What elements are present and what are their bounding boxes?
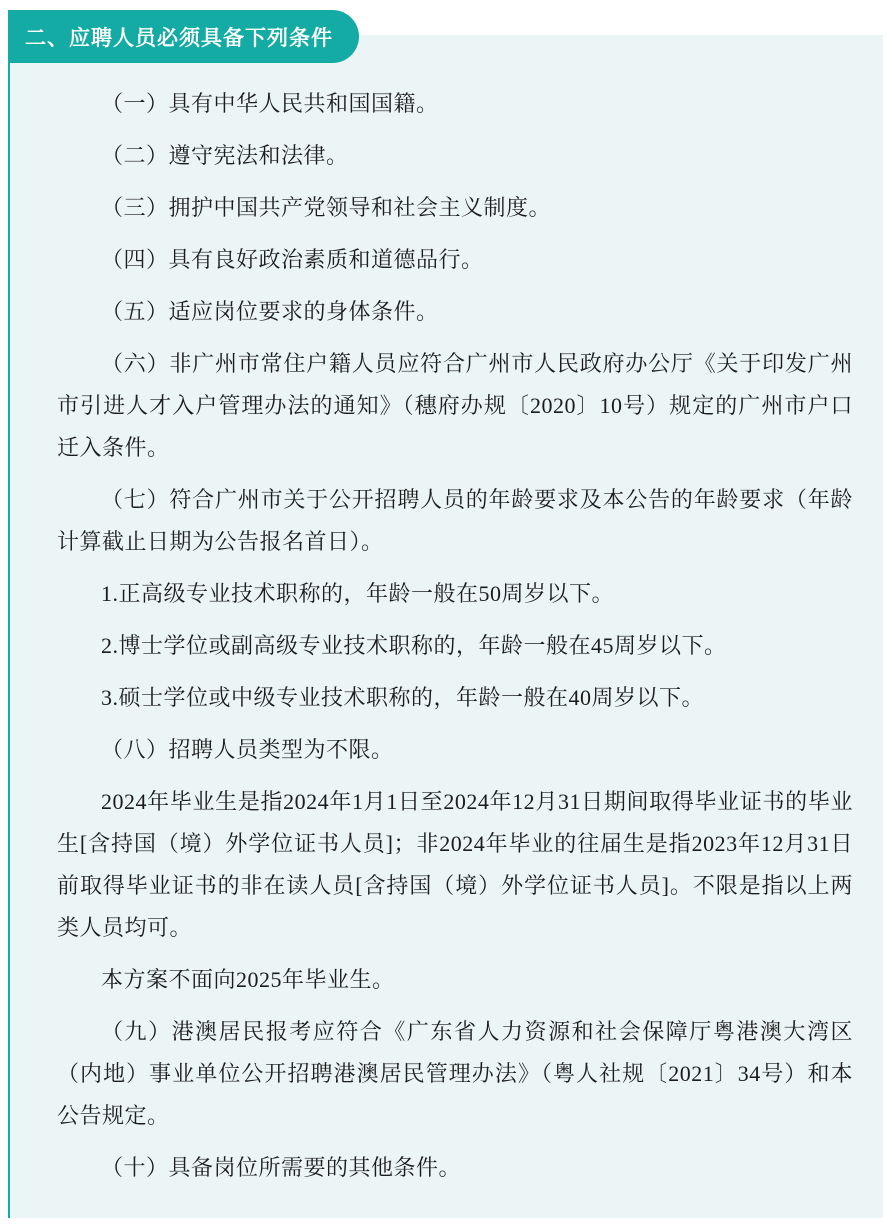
section-header-title: 二、应聘人员必须具备下列条件 [25,22,333,52]
condition-paragraph: 本方案不面向2025年毕业生。 [57,959,853,1001]
condition-paragraph: （五）适应岗位要求的身体条件。 [57,291,853,333]
condition-paragraph: 3.硕士学位或中级专业技术职称的，年龄一般在40周岁以下。 [57,677,853,719]
condition-paragraph: （三）拥护中国共产党领导和社会主义制度。 [57,187,853,229]
condition-paragraph: （一）具有中华人民共和国国籍。 [57,83,853,125]
condition-paragraph: （八）招聘人员类型为不限。 [57,729,853,771]
condition-paragraph: 2024年毕业生是指2024年1月1日至2024年12月31日期间取得毕业证书的… [57,781,853,949]
condition-paragraph: （二）遵守宪法和法律。 [57,135,853,177]
condition-paragraph: 1.正高级专业技术职称的，年龄一般在50周岁以下。 [57,573,853,615]
condition-paragraph: （六）非广州市常住户籍人员应符合广州市人民政府办公厅《关于印发广州市引进人才入户… [57,343,853,469]
condition-paragraph: （七）符合广州市关于公开招聘人员的年龄要求及本公告的年龄要求（年龄计算截止日期为… [57,479,853,563]
condition-paragraph: （九）港澳居民报考应符合《广东省人力资源和社会保障厅粤港澳大湾区（内地）事业单位… [57,1011,853,1137]
section-header-badge: 二、应聘人员必须具备下列条件 [8,10,359,63]
condition-paragraph: （四）具有良好政治素质和道德品行。 [57,239,853,281]
content-panel: （一）具有中华人民共和国国籍。（二）遵守宪法和法律。（三）拥护中国共产党领导和社… [8,35,883,1218]
document-page: （一）具有中华人民共和国国籍。（二）遵守宪法和法律。（三）拥护中国共产党领导和社… [0,0,892,1229]
condition-paragraph: （十）具备岗位所需要的其他条件。 [57,1147,853,1189]
condition-paragraph: 2.博士学位或副高级专业技术职称的，年龄一般在45周岁以下。 [57,625,853,667]
conditions-list: （一）具有中华人民共和国国籍。（二）遵守宪法和法律。（三）拥护中国共产党领导和社… [57,83,853,1189]
